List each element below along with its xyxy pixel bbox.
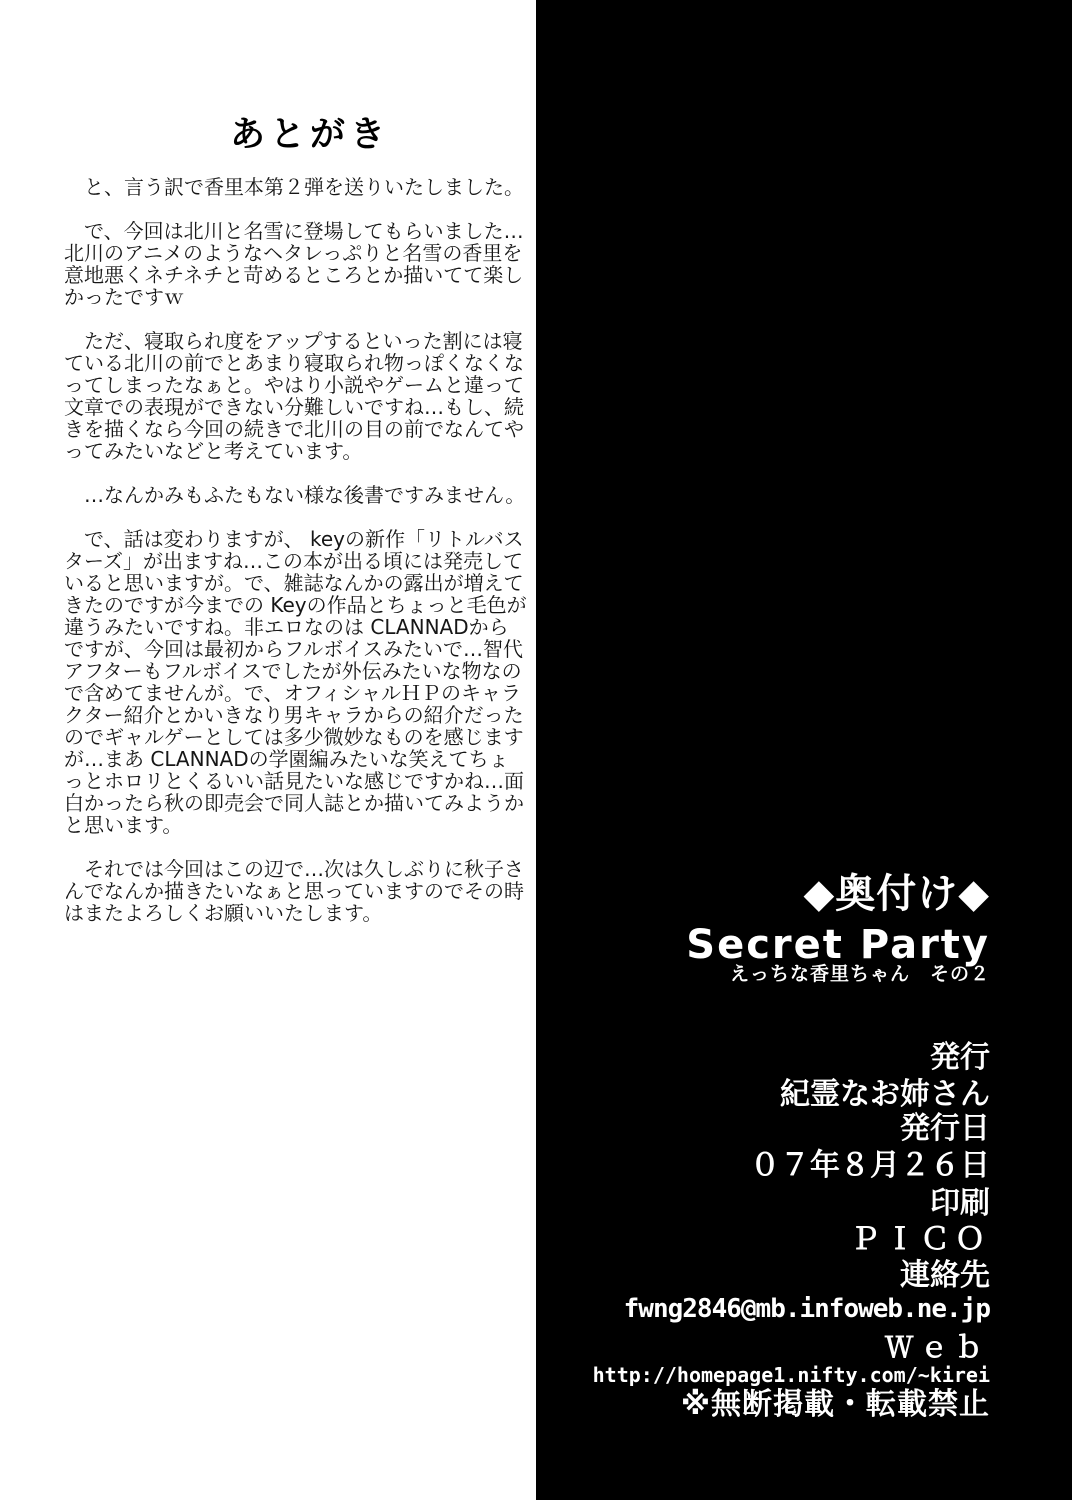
publisher-label: 発行 — [930, 1043, 990, 1073]
afterword-paragraph-5: で、話は変わりますが、 keyの新作「リトルバス ターズ」が出ますね…この本が出… — [64, 528, 556, 836]
web-label: Ｗｅｂ — [885, 1334, 990, 1362]
afterword-paragraph-6: それでは今回はこの辺で…次は久しぶりに秋子さ んでなんか描きたいなぁと思っていま… — [64, 858, 556, 924]
publisher-name: 紀霊なお姉さん — [780, 1080, 990, 1110]
book-subtitle: えっちな香里ちゃん その２ — [730, 965, 990, 984]
doujinshi-afterword-page: あとがき と、言う訳で香里本第２弾を送りいたしました。 で、今回は北川と名雪に登… — [0, 0, 1072, 1500]
contact-email: fwng2846@mb.infoweb.ne.jp — [624, 1296, 990, 1322]
website-url: http://homepage1.nifty.com/~kirei — [593, 1365, 990, 1385]
afterword-title: あとがき — [64, 118, 556, 153]
colophon-panel: ◆奥付け◆ Secret Party えっちな香里ちゃん その２ 発行 紀霊なお… — [536, 0, 1072, 1500]
afterword-paragraph-4: …なんかみもふたもない様な後書ですみません。 — [64, 484, 556, 506]
book-title: Secret Party — [686, 925, 990, 965]
publication-date: ０７年８月２６日 — [750, 1151, 990, 1181]
printer-label: 印刷 — [930, 1189, 990, 1219]
afterword-paragraph-1: と、言う訳で香里本第２弾を送りいたしました。 — [64, 176, 556, 198]
afterword-paragraph-3: ただ、寝取られ度をアップするといった割には寝 ている北川の前でとあまり寝取られ物… — [64, 330, 556, 462]
publication-date-label: 発行日 — [900, 1114, 990, 1144]
afterword-paragraph-2: で、今回は北川と名雪に登場してもらいました… 北川のアニメのようなヘタレっぷりと… — [64, 220, 556, 308]
colophon-heading: ◆奥付け◆ — [803, 874, 990, 914]
reproduction-prohibited-notice: ※無断掲載・転載禁止 — [681, 1390, 990, 1420]
printer-name: ＰＩＣＯ — [850, 1225, 990, 1255]
afterword-section: あとがき と、言う訳で香里本第２弾を送りいたしました。 で、今回は北川と名雪に登… — [64, 118, 556, 946]
contact-label: 連絡先 — [900, 1261, 990, 1291]
